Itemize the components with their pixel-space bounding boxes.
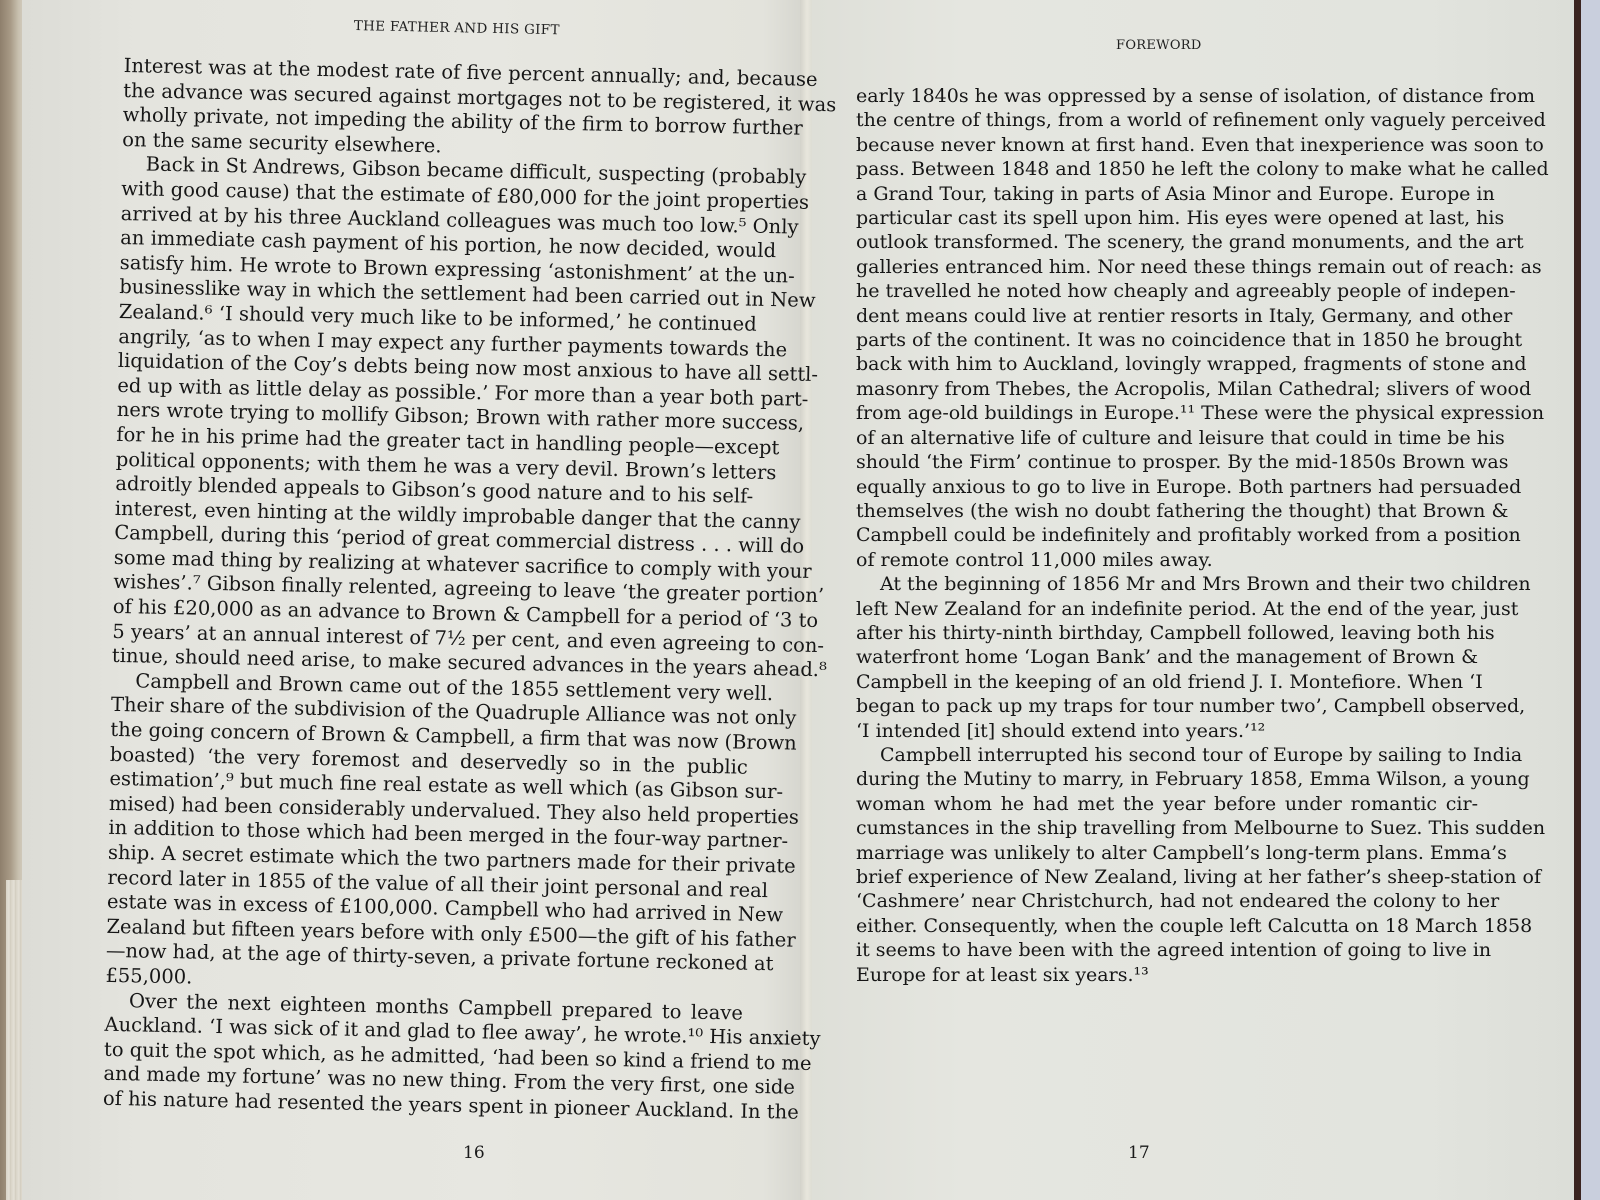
page-number-right: 17 [1128,1143,1150,1163]
text-line: early 1840s he was oppressed by a sense … [856,84,1478,108]
text-line: Campbell interrupted his second tour of … [856,743,1478,767]
text-line: marriage was unlikely to alter Campbell’… [856,841,1478,865]
text-line: dent means could live at rentier resorts… [856,304,1478,328]
text-line: of an alternative life of culture and le… [856,426,1478,450]
left-page-body-text: Interest was at the modest rate of five … [103,54,762,1124]
text-line: he travelled he noted how cheaply and ag… [856,279,1478,303]
text-line: because never known at first hand. Even … [856,133,1478,157]
text-line: themselves (the wish no doubt fathering … [856,499,1478,523]
text-line: ‘I intended [it] should extend into year… [856,719,1478,743]
text-line: back with him to Auckland, lovingly wrap… [856,352,1478,376]
text-line: particular cast its spell upon him. His … [856,206,1478,230]
running-head-right: FOREWORD [1116,38,1202,53]
text-line: At the beginning of 1856 Mr and Mrs Brow… [856,572,1478,596]
text-line: a Grand Tour, taking in parts of Asia Mi… [856,182,1478,206]
text-line: after his thirty-ninth birthday, Campbel… [856,621,1478,645]
text-line: waterfront home ‘Logan Bank’ and the man… [856,645,1478,669]
text-line: brief experience of New Zealand, living … [856,865,1478,889]
book-cover-edge [1574,0,1581,1200]
text-line: galleries entranced him. Nor need these … [856,255,1478,279]
backdrop [1581,0,1600,1200]
text-line: from age-old buildings in Europe.¹¹ Thes… [856,401,1478,425]
text-line: ‘Cashmere’ near Christchurch, had not en… [856,889,1478,913]
text-line: outlook transformed. The scenery, the gr… [856,230,1478,254]
text-line: Campbell in the keeping of an old friend… [856,670,1478,694]
text-line: during the Mutiny to marry, in February … [856,767,1478,791]
text-line: woman whom he had met the year before un… [856,792,1478,816]
text-line: it seems to have been with the agreed in… [856,938,1478,962]
text-line: pass. Between 1848 and 1850 he left the … [856,157,1478,181]
text-line: cumstances in the ship travelling from M… [856,816,1478,840]
text-line: equally anxious to go to live in Europe.… [856,475,1478,499]
text-line: began to pack up my traps for tour numbe… [856,694,1478,718]
text-line: should ‘the Firm’ continue to prosper. B… [856,450,1478,474]
page-number-left: 16 [463,1143,485,1163]
right-page-body-text: early 1840s he was oppressed by a sense … [856,84,1478,987]
text-line: either. Consequently, when the couple le… [856,914,1478,938]
text-line: the centre of things, from a world of re… [856,108,1478,132]
text-line: of remote control 11,000 miles away. [856,548,1478,572]
text-line: parts of the continent. It was no coinci… [856,328,1478,352]
text-line: Campbell could be indefinitely and profi… [856,523,1478,547]
text-line: Europe for at least six years.¹³ [856,963,1478,987]
text-line: masonry from Thebes, the Acropolis, Mila… [856,377,1478,401]
text-line: left New Zealand for an indefinite perio… [856,597,1478,621]
